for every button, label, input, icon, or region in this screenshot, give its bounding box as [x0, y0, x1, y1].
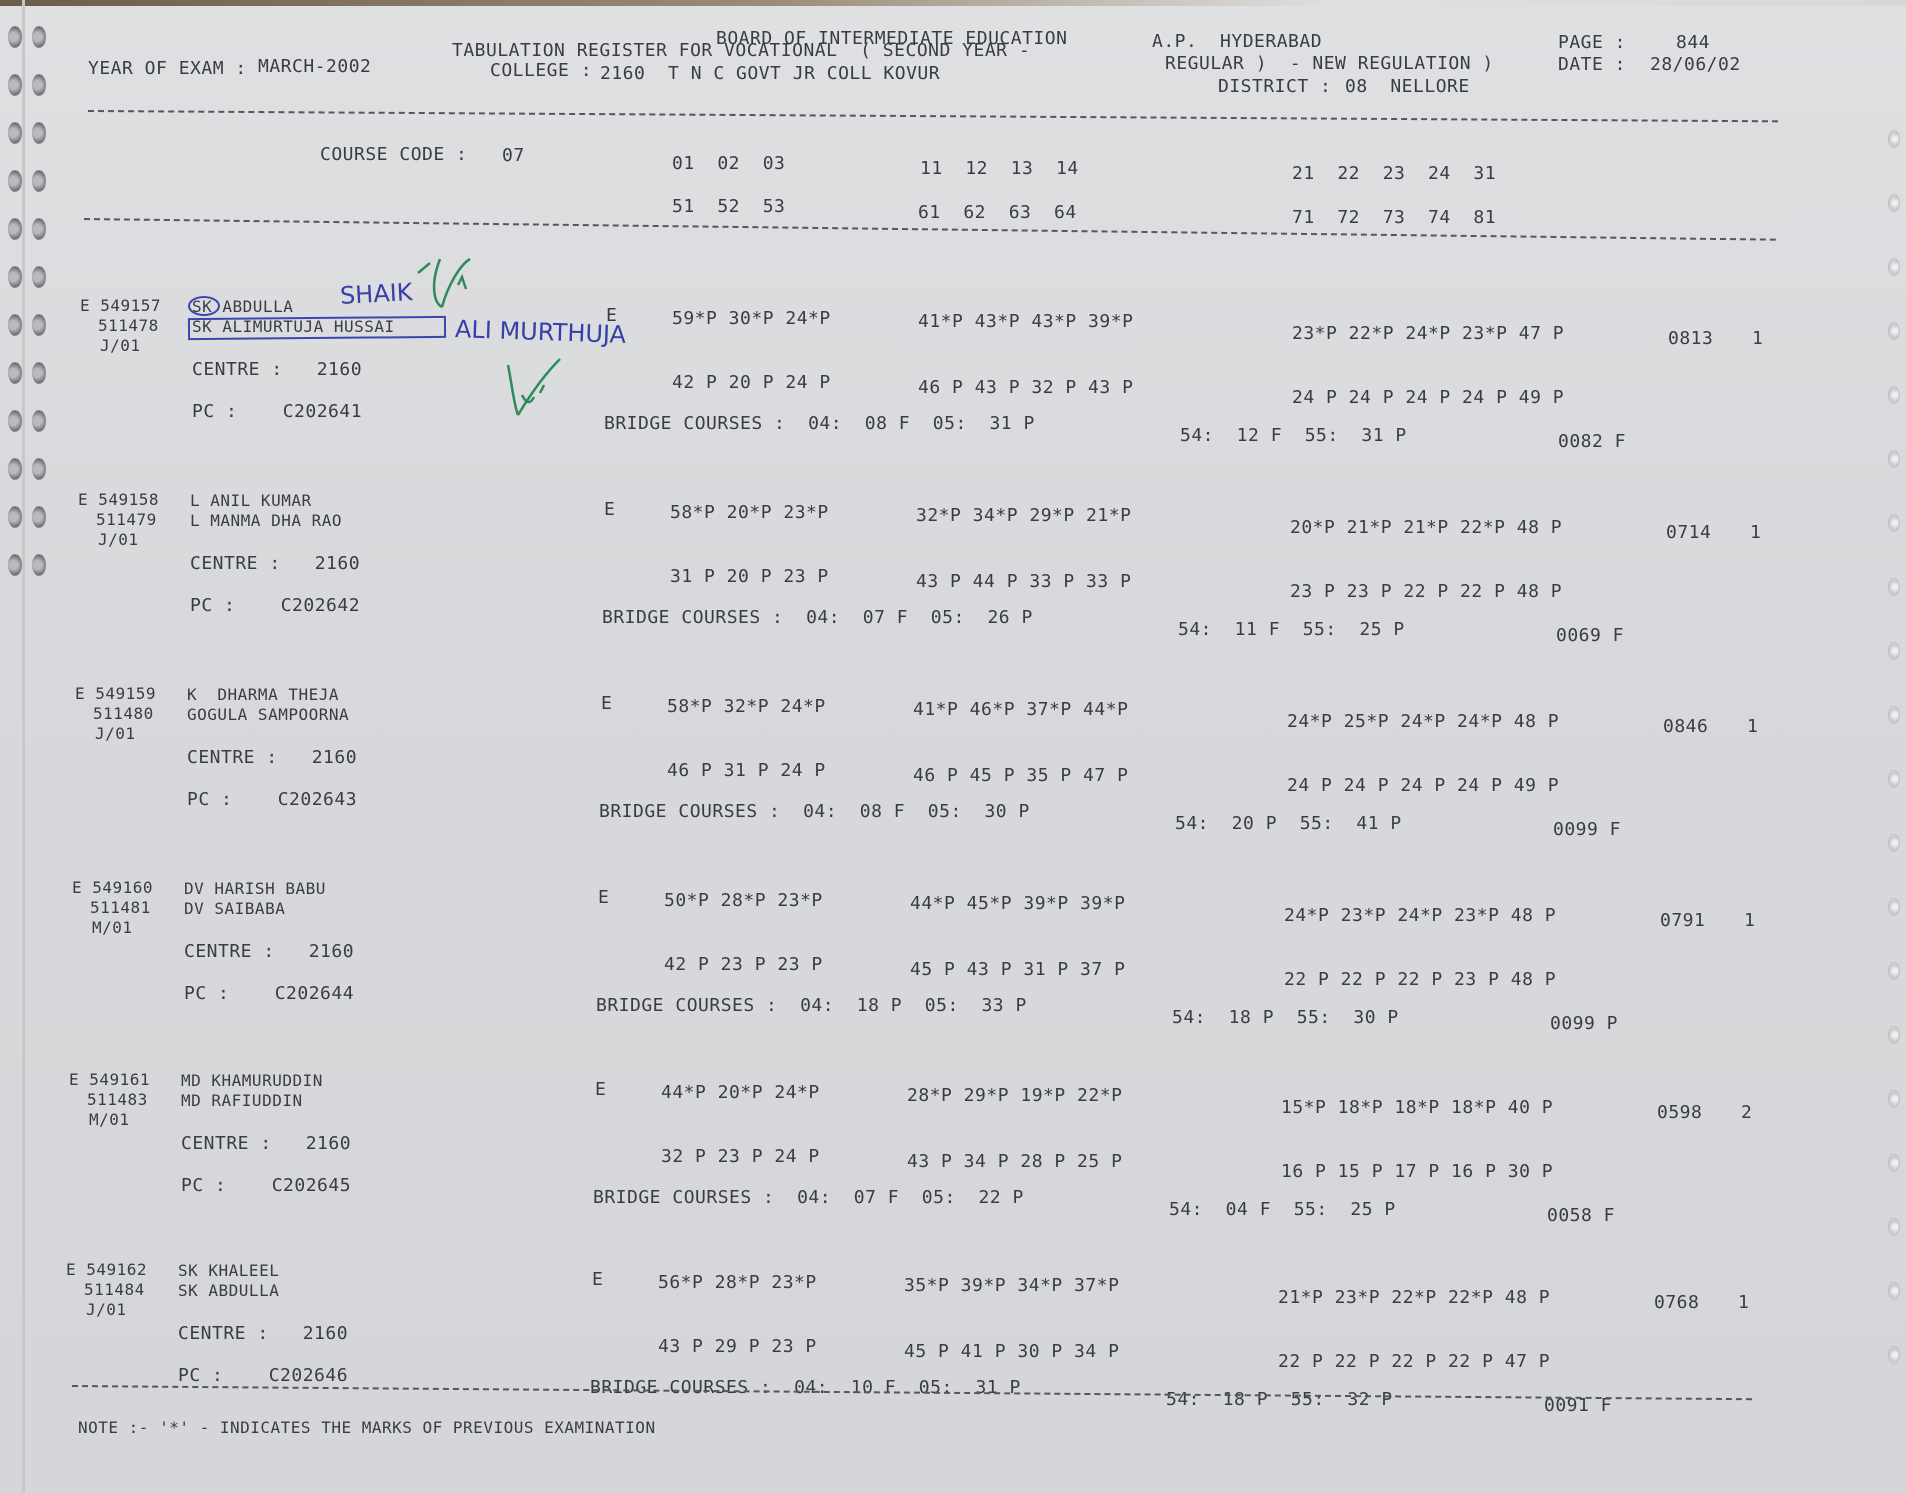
marks-row1-group1: 56*P 28*P 23*P [658, 1274, 817, 1292]
marks-row1-group3: 24*P 23*P 24*P 23*P 48 P [1284, 907, 1556, 925]
group-code: J/01 [95, 726, 136, 742]
registration-number: E 549162 [66, 1262, 147, 1278]
feed-hole-icon [1888, 834, 1900, 852]
feed-hole-icon [8, 410, 22, 432]
marks-row2-group1: 43 P 29 P 23 P [658, 1338, 817, 1356]
year-label: YEAR OF EXAM : [88, 60, 247, 78]
marks-row2-group2: 46 P 45 P 35 P 47 P [913, 767, 1128, 785]
medium: E [604, 501, 615, 519]
marks-row2-group2: 45 P 41 P 30 P 34 P [904, 1343, 1119, 1361]
registration-number: E 549159 [75, 686, 156, 702]
student-name: L ANIL KUMAR [190, 493, 312, 509]
feed-hole-icon [32, 122, 46, 144]
green-initials-signature-2 [500, 355, 580, 420]
feed-hole-icon [1888, 322, 1900, 340]
green-initials-signature-1 [400, 255, 490, 315]
bridge-courses: BRIDGE COURSES : 04: 07 F 05: 26 P [602, 609, 1033, 627]
feed-hole-icon [1888, 1154, 1900, 1172]
feed-hole-icon [1888, 1026, 1900, 1044]
pc-code: PC : C202642 [190, 597, 360, 615]
feed-hole-icon [1888, 450, 1900, 468]
exam-centre: CENTRE : 2160 [184, 943, 354, 961]
marks-row1-group3: 23*P 22*P 24*P 23*P 47 P [1292, 325, 1564, 343]
roll-number: 511480 [93, 706, 154, 722]
perforation-line [22, 0, 25, 1493]
marks-row2-group1: 42 P 23 P 23 P [664, 956, 823, 974]
parent-name: L MANMA DHA RAO [190, 513, 342, 529]
college-label: COLLEGE : [490, 62, 592, 80]
marks-row1-group1: 58*P 32*P 24*P [667, 698, 826, 716]
course-code: 07 [502, 147, 525, 165]
marks-row2-group1: 42 P 20 P 24 P [672, 374, 831, 392]
footnote: NOTE :- '*' - INDICATES THE MARKS OF PRE… [78, 1420, 656, 1436]
bridge-total: 0091 F [1544, 1397, 1612, 1415]
grand-total: 0598 [1657, 1104, 1702, 1122]
feed-hole-icon [32, 218, 46, 240]
bridge-total: 0099 F [1553, 821, 1621, 839]
pc-code: PC : C202644 [184, 985, 354, 1003]
bridge-courses-2: 54: 20 P 55: 41 P [1175, 815, 1402, 833]
medium: E [601, 695, 612, 713]
feed-hole-icon [1888, 1346, 1900, 1364]
feed-hole-icon [1888, 642, 1900, 660]
marks-row1-group2: 28*P 29*P 19*P 22*P [907, 1087, 1122, 1105]
marks-row1-group2: 41*P 46*P 37*P 44*P [913, 701, 1128, 719]
feed-hole-icon [32, 266, 46, 288]
division: 1 [1752, 330, 1763, 348]
exam-centre: CENTRE : 2160 [178, 1325, 348, 1343]
date-label: DATE : [1558, 56, 1626, 74]
marks-row1-group1: 58*P 20*P 23*P [670, 504, 829, 522]
marks-row2-group3: 22 P 22 P 22 P 23 P 48 P [1284, 971, 1556, 989]
college-name: 2160 T N C GOVT JR COLL KOVUR [600, 65, 940, 83]
group-code: M/01 [89, 1112, 130, 1128]
bridge-total: 0099 P [1550, 1015, 1618, 1033]
registration-number: E 549157 [80, 298, 161, 314]
paper-top-edge [0, 0, 1906, 6]
bridge-courses: BRIDGE COURSES : 04: 07 F 05: 22 P [593, 1189, 1024, 1207]
pen-circle-sk-1 [188, 296, 220, 316]
exam-centre: CENTRE : 2160 [187, 749, 357, 767]
pen-box-parent-name [188, 316, 446, 340]
marks-row2-group3: 22 P 22 P 22 P 22 P 47 P [1278, 1353, 1550, 1371]
feed-hole-icon [8, 362, 22, 384]
bridge-courses-2: 54: 04 F 55: 25 P [1169, 1201, 1396, 1219]
feed-hole-icon [1888, 130, 1900, 148]
feed-hole-icon [32, 170, 46, 192]
feed-hole-icon [8, 74, 22, 96]
roll-number: 511484 [84, 1282, 145, 1298]
feed-hole-icon [8, 26, 22, 48]
bridge-courses: BRIDGE COURSES : 04: 08 F 05: 30 P [599, 803, 1030, 821]
marks-row1-group1: 59*P 30*P 24*P [672, 310, 831, 328]
parent-name: GOGULA SAMPOORNA [187, 707, 349, 723]
feed-hole-icon [8, 506, 22, 528]
registration-number: E 549160 [72, 880, 153, 896]
bridge-courses-2: 54: 12 F 55: 31 P [1180, 427, 1407, 445]
division: 1 [1750, 524, 1761, 542]
marks-row1-group2: 32*P 34*P 29*P 21*P [916, 507, 1131, 525]
division: 1 [1744, 912, 1755, 930]
marks-row2-group1: 31 P 20 P 23 P [670, 568, 829, 586]
feed-hole-icon [32, 554, 46, 576]
grand-total: 0813 [1668, 330, 1713, 348]
bridge-courses-2: 54: 11 F 55: 25 P [1178, 621, 1405, 639]
division: 2 [1741, 1104, 1752, 1122]
student-name: SK KHALEEL [178, 1263, 279, 1279]
feed-hole-icon [8, 170, 22, 192]
registration-number: E 549161 [69, 1072, 150, 1088]
parent-name: DV SAIBABA [184, 901, 285, 917]
marks-row1-group3: 15*P 18*P 18*P 18*P 40 P [1281, 1099, 1553, 1117]
student-name: MD KHAMURUDDIN [181, 1073, 323, 1089]
marks-row1-group3: 21*P 23*P 22*P 22*P 48 P [1278, 1289, 1550, 1307]
marks-row2-group2: 43 P 44 P 33 P 33 P [916, 573, 1131, 591]
feed-hole-icon [1888, 1218, 1900, 1236]
grand-total: 0768 [1654, 1294, 1699, 1312]
grand-total: 0714 [1666, 524, 1711, 542]
feed-hole-icon [8, 266, 22, 288]
bridge-total: 0069 F [1556, 627, 1624, 645]
subject-codes-row1-group3: 21 22 23 24 31 [1292, 165, 1496, 183]
marks-row1-group2: 44*P 45*P 39*P 39*P [910, 895, 1125, 913]
feed-hole-icon [1888, 1090, 1900, 1108]
feed-hole-icon [32, 458, 46, 480]
group-code: J/01 [98, 532, 139, 548]
page-number: 844 [1676, 34, 1710, 52]
district-name: 08 NELLORE [1345, 78, 1470, 96]
page-label: PAGE : [1558, 34, 1626, 52]
feed-hole-icon [1888, 194, 1900, 212]
division: 1 [1738, 1294, 1749, 1312]
group-code: J/01 [86, 1302, 127, 1318]
parent-name: MD RAFIUDDIN [181, 1093, 303, 1109]
exam-centre: CENTRE : 2160 [190, 555, 360, 573]
marks-row2-group2: 45 P 43 P 31 P 37 P [910, 961, 1125, 979]
feed-hole-icon [32, 26, 46, 48]
marks-row1-group3: 24*P 25*P 24*P 24*P 48 P [1287, 713, 1559, 731]
parent-name: SK ABDULLA [178, 1283, 279, 1299]
marks-row2-group2: 43 P 34 P 28 P 25 P [907, 1153, 1122, 1171]
grand-total: 0846 [1663, 718, 1708, 736]
group-code: M/01 [92, 920, 133, 936]
header-divider [88, 110, 1778, 122]
marks-row1-group2: 35*P 39*P 34*P 37*P [904, 1277, 1119, 1295]
marks-row2-group3: 23 P 23 P 22 P 22 P 48 P [1290, 583, 1562, 601]
feed-hole-icon [1888, 1282, 1900, 1300]
board-location: A.P. HYDERABAD [1152, 33, 1322, 51]
feed-hole-icon [8, 218, 22, 240]
feed-hole-icon [32, 314, 46, 336]
register-sheet: BOARD OF INTERMEDIATE EDUCATION A.P. HYD… [0, 0, 1906, 1493]
print-date: 28/06/02 [1650, 56, 1741, 74]
register-title: TABULATION REGISTER FOR VOCATIONAL ( SEC… [452, 42, 1030, 60]
subject-codes-row2-group2: 61 62 63 64 [918, 204, 1077, 222]
pc-code: PC : C202645 [181, 1177, 351, 1195]
roll-number: 511478 [98, 318, 159, 334]
feed-hole-icon [1888, 898, 1900, 916]
group-code: J/01 [100, 338, 141, 354]
feed-hole-icon [1888, 706, 1900, 724]
bridge-courses: BRIDGE COURSES : 04: 10 F 05: 31 P [590, 1379, 1021, 1397]
course-code-label: COURSE CODE : [320, 146, 467, 164]
feed-hole-icon [8, 554, 22, 576]
marks-row2-group1: 32 P 23 P 24 P [661, 1148, 820, 1166]
feed-hole-icon [32, 74, 46, 96]
subject-codes-row1-group2: 11 12 13 14 [920, 160, 1079, 178]
feed-hole-icon [1888, 386, 1900, 404]
medium: E [598, 889, 609, 907]
pc-code: PC : C202646 [178, 1367, 348, 1385]
marks-row2-group2: 46 P 43 P 32 P 43 P [918, 379, 1133, 397]
feed-hole-icon [1888, 770, 1900, 788]
roll-number: 511479 [96, 512, 157, 528]
marks-row1-group2: 41*P 43*P 43*P 39*P [918, 313, 1133, 331]
register-type: REGULAR ) - NEW REGULATION ) [1165, 55, 1494, 73]
feed-hole-icon [1888, 578, 1900, 596]
student-name: K DHARMA THEJA [187, 687, 339, 703]
feed-hole-icon [8, 122, 22, 144]
subject-codes-row2-group3: 71 72 73 74 81 [1292, 209, 1496, 227]
marks-row1-group1: 50*P 28*P 23*P [664, 892, 823, 910]
roll-number: 511483 [87, 1092, 148, 1108]
marks-row2-group3: 24 P 24 P 24 P 24 P 49 P [1292, 389, 1564, 407]
medium: E [592, 1271, 603, 1289]
exam-centre: CENTRE : 2160 [192, 361, 362, 379]
feed-hole-icon [8, 314, 22, 336]
exam-centre: CENTRE : 2160 [181, 1135, 351, 1153]
marks-row2-group3: 24 P 24 P 24 P 24 P 49 P [1287, 777, 1559, 795]
marks-row1-group1: 44*P 20*P 24*P [661, 1084, 820, 1102]
registration-number: E 549158 [78, 492, 159, 508]
marks-row1-group3: 20*P 21*P 21*P 22*P 48 P [1290, 519, 1562, 537]
feed-hole-icon [8, 458, 22, 480]
grand-total: 0791 [1660, 912, 1705, 930]
handwritten-correction-parent: ALI MURTHUJA [455, 315, 627, 349]
feed-hole-icon [32, 362, 46, 384]
marks-row2-group3: 16 P 15 P 17 P 16 P 30 P [1281, 1163, 1553, 1181]
feed-hole-icon [1888, 514, 1900, 532]
marks-row2-group1: 46 P 31 P 24 P [667, 762, 826, 780]
district-label: DISTRICT : [1218, 78, 1331, 96]
feed-hole-icon [1888, 962, 1900, 980]
bridge-courses: BRIDGE COURSES : 04: 08 F 05: 31 P [604, 415, 1035, 433]
feed-hole-icon [32, 410, 46, 432]
subject-codes-row1-group1: 01 02 03 [672, 155, 785, 173]
bridge-total: 0058 F [1547, 1207, 1615, 1225]
feed-hole-icon [32, 506, 46, 528]
division: 1 [1747, 718, 1758, 736]
bridge-total: 0082 F [1558, 433, 1626, 451]
bridge-courses-2: 54: 18 P 55: 30 P [1172, 1009, 1399, 1027]
feed-hole-icon [1888, 258, 1900, 276]
bridge-courses: BRIDGE COURSES : 04: 18 P 05: 33 P [596, 997, 1027, 1015]
subject-codes-row2-group1: 51 52 53 [672, 198, 785, 216]
exam-year: MARCH-2002 [258, 58, 371, 76]
pc-code: PC : C202643 [187, 791, 357, 809]
roll-number: 511481 [90, 900, 151, 916]
medium: E [595, 1081, 606, 1099]
pc-code: PC : C202641 [192, 403, 362, 421]
student-name: DV HARISH BABU [184, 881, 326, 897]
